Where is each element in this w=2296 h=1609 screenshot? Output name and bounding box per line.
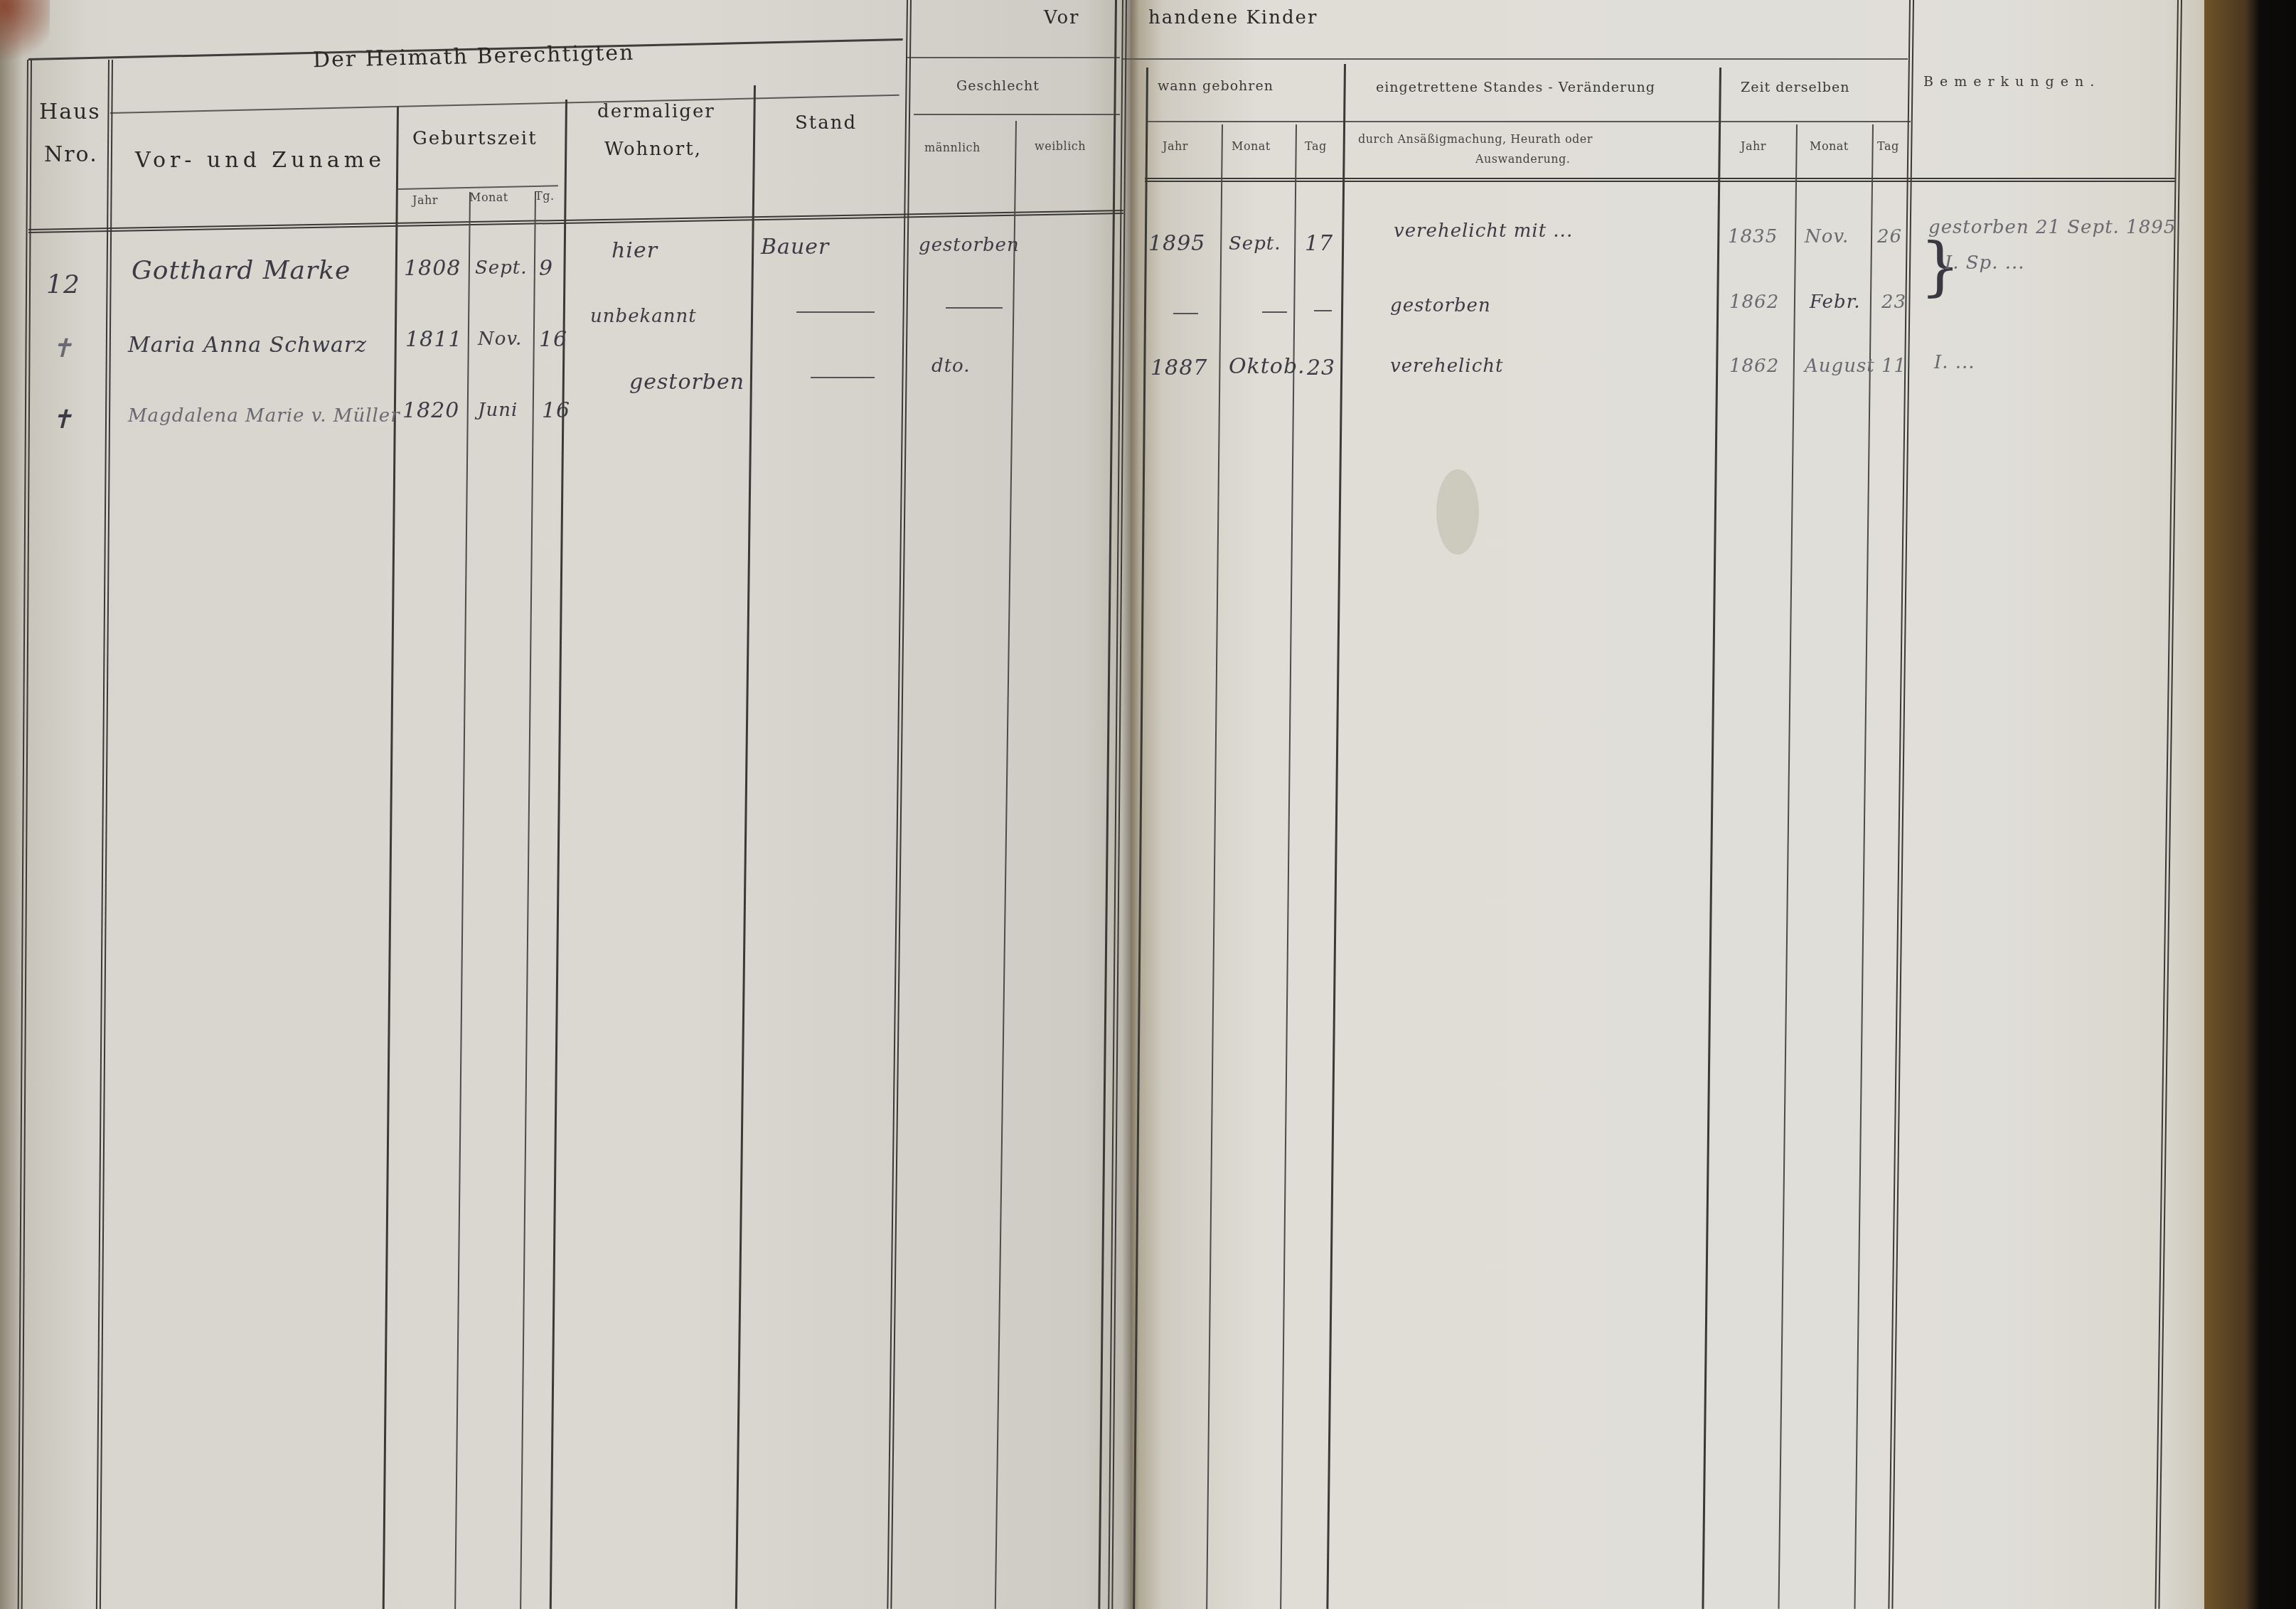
residence: unbekannt — [590, 306, 697, 327]
birth-month: Juni — [478, 400, 518, 421]
status-change: gestorben — [1390, 295, 1491, 316]
header-sex-male: männlich — [924, 141, 981, 154]
born-year: 1887 — [1150, 356, 1207, 380]
header-status-change-sub-1: durch Ansäßigmachung, Heurath oder — [1358, 132, 1593, 146]
born-month: Oktob. — [1229, 354, 1305, 379]
person-name: Maria Anna Schwarz — [128, 333, 367, 358]
open-register-book: Haus Nro. Der Heimath Berechtigten Vor- … — [0, 0, 2296, 1609]
header-name: Vor- und Zuname — [135, 148, 385, 173]
born-year-dash — [1173, 313, 1198, 314]
change-month: Febr. — [1810, 292, 1861, 313]
born-month: Sept. — [1229, 233, 1281, 255]
remarks: gestorben 21 Sept. 1895 — [1928, 217, 2176, 238]
header-bottom-rule — [1145, 178, 2176, 182]
person-name: Gotthard Marke — [132, 256, 351, 285]
header-sex-female: weiblich — [1035, 139, 1086, 153]
sex-subheader-rule — [914, 114, 1120, 115]
birth-month: Sept. — [475, 257, 528, 279]
birth-month: Nov. — [478, 328, 522, 350]
born-year: 1895 — [1148, 231, 1205, 256]
header-born-year: Jahr — [1163, 139, 1188, 153]
header-haus: Haus — [39, 100, 101, 124]
header-status: Stand — [795, 112, 857, 134]
header-remarks: Bemerkungen. — [1923, 74, 2100, 90]
header-time-day: Tag — [1877, 139, 1899, 153]
change-day: 11 — [1881, 356, 1906, 377]
birth-year: 1820 — [402, 398, 459, 423]
birth-year: 1811 — [405, 327, 462, 352]
header-sex: Geschlecht — [956, 78, 1040, 94]
header-status-change-sub-2: Auswanderung. — [1475, 152, 1570, 166]
header-birth-month: Monat — [469, 191, 508, 204]
change-month: August — [1805, 356, 1875, 377]
status-change: verehelicht mit ... — [1394, 220, 1573, 242]
status-dash — [811, 377, 875, 378]
header-birth-day: Tg. — [535, 189, 555, 203]
subheader-rule — [1146, 121, 1911, 122]
right-page — [1131, 0, 2208, 1609]
header-birth-year: Jahr — [412, 193, 438, 207]
header-time-thereof: Zeit derselben — [1741, 80, 1849, 95]
header-birth-time: Geburtszeit — [412, 128, 538, 149]
deceased-cross-icon: ✝ — [51, 334, 73, 363]
residence: gestorben — [629, 370, 744, 395]
person-name: Magdalena Marie v. Müller — [128, 405, 400, 427]
remarks: I. ... — [1934, 352, 1975, 373]
header-divider — [907, 57, 1120, 58]
change-day: 23 — [1881, 292, 1906, 313]
birth-year: 1808 — [404, 256, 461, 281]
paper-stain — [1436, 469, 1479, 555]
header-born-when: wann gebohren — [1158, 78, 1274, 94]
sex-male: dto. — [931, 356, 971, 377]
status-dash — [796, 311, 875, 313]
header-group-kinder: handene Kinder — [1148, 7, 1318, 28]
header-residence-1: dermaliger — [597, 101, 715, 122]
change-year: 1835 — [1728, 226, 1778, 247]
page-corner-stain — [0, 0, 50, 64]
header-status-change: eingetrettene Standes - Veränderung — [1376, 80, 1655, 95]
birth-day: 16 — [539, 327, 567, 352]
born-day: 17 — [1305, 231, 1333, 256]
header-group-vor: Vor — [1044, 7, 1079, 28]
born-day: 23 — [1307, 356, 1335, 380]
header-residence-2: Wohnort, — [604, 139, 702, 160]
birth-day: 9 — [539, 256, 553, 281]
change-year: 1862 — [1729, 356, 1779, 377]
book-cover-edge — [2204, 0, 2296, 1609]
header-born-month: Monat — [1232, 139, 1271, 153]
header-born-day: Tag — [1305, 139, 1327, 153]
house-number: 12 — [46, 270, 80, 299]
header-time-month: Monat — [1810, 139, 1849, 153]
sex-male: gestorben — [919, 235, 1020, 256]
change-month: Nov. — [1805, 226, 1849, 247]
status: Bauer — [761, 235, 829, 260]
change-day: 26 — [1877, 226, 1902, 247]
remarks: I. Sp. ... — [1945, 252, 2025, 274]
header-divider — [1122, 58, 1908, 60]
header-nro: Nro. — [44, 142, 98, 167]
change-year: 1862 — [1729, 292, 1779, 313]
header-time-year: Jahr — [1741, 139, 1766, 153]
sex-dash — [946, 307, 1003, 309]
born-day-dash — [1314, 310, 1332, 311]
status-change: verehelicht — [1390, 356, 1503, 377]
residence: hier — [612, 238, 658, 263]
deceased-cross-icon: ✝ — [51, 405, 73, 434]
birth-day: 16 — [542, 398, 570, 423]
born-month-dash — [1262, 311, 1287, 313]
